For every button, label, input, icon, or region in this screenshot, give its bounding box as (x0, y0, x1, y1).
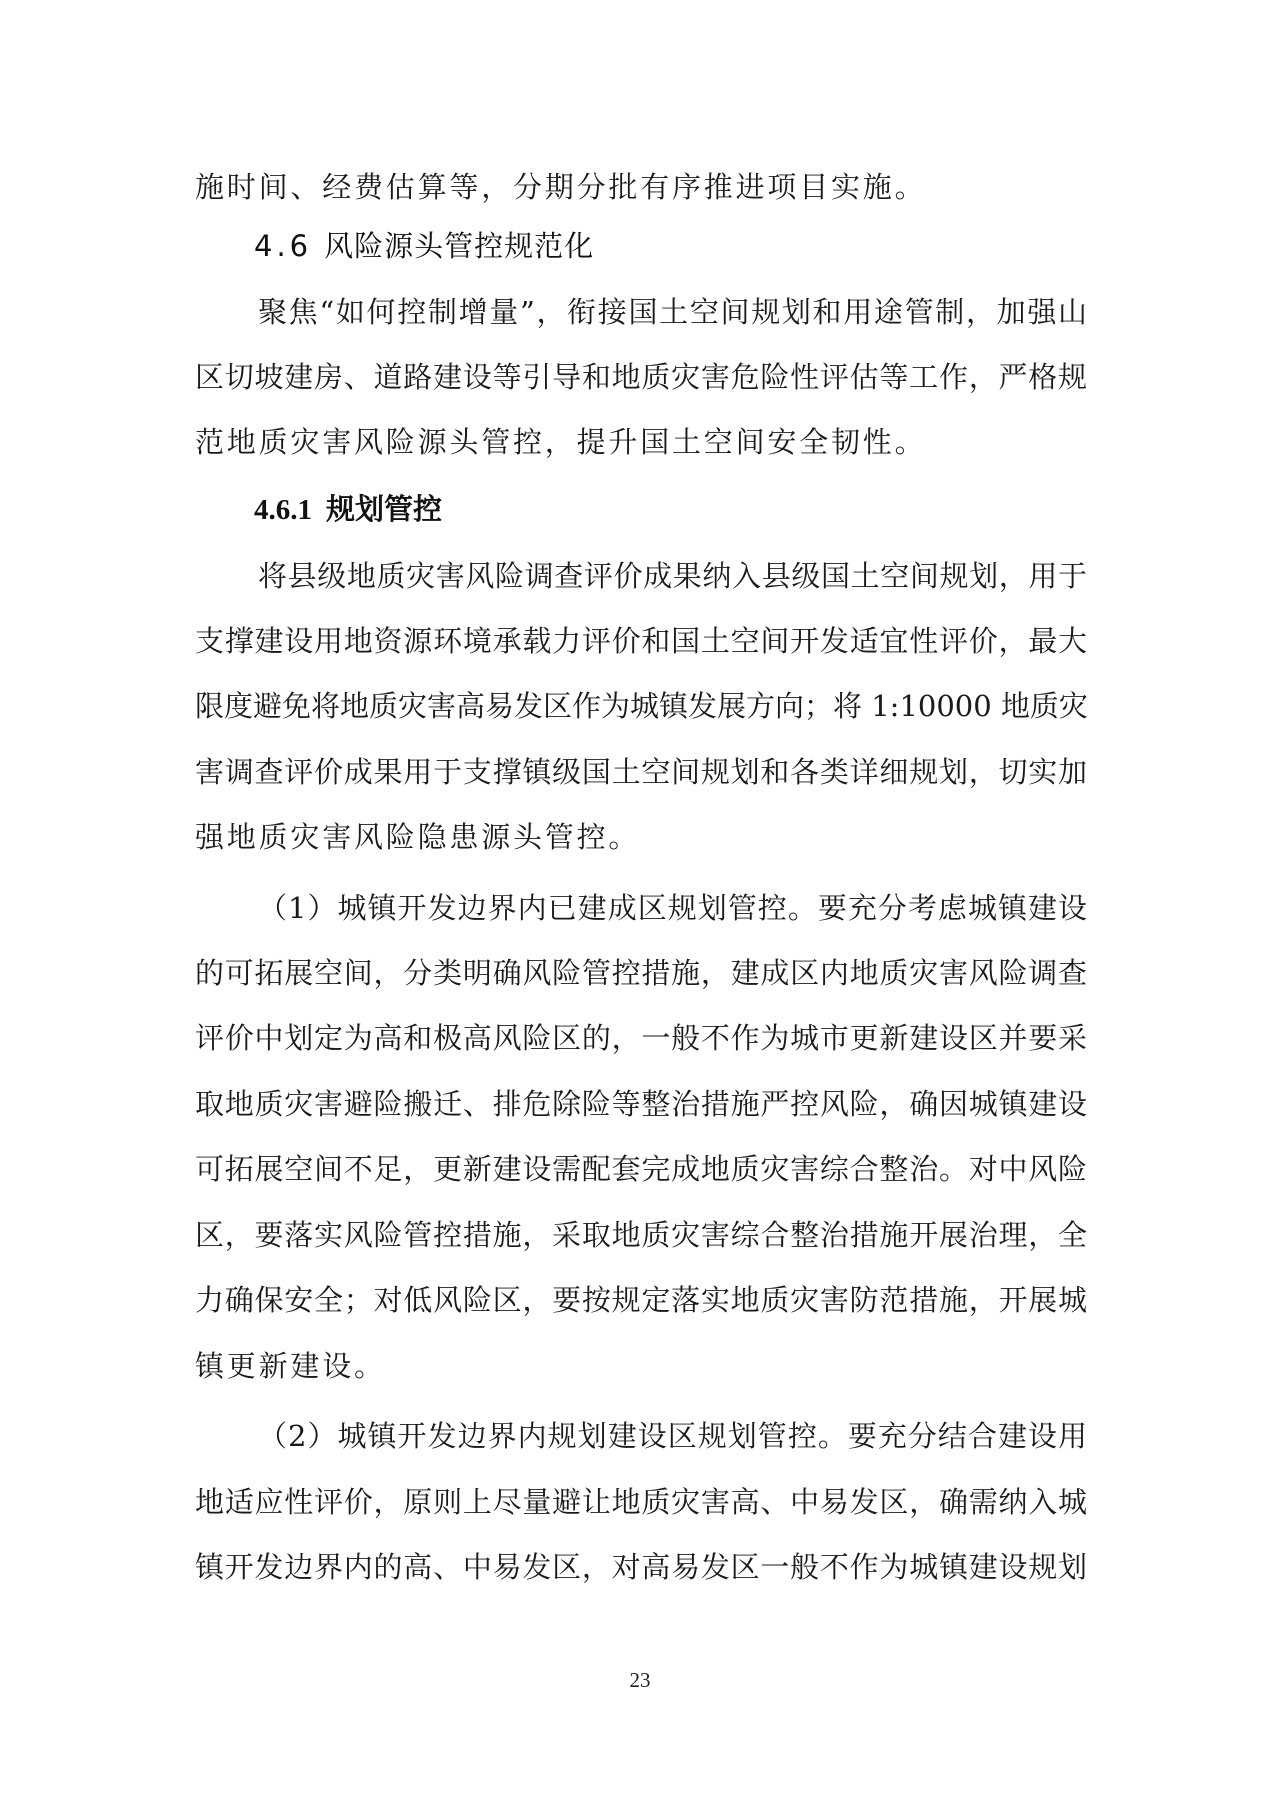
list-item-1-line: （1）城镇开发边界内已建成区规划管控。要充分考虑城镇建设 (258, 888, 1087, 928)
paragraph-line: 将县级地质灾害风险调查评价成果纳入县级国土空间规划，用于 (258, 556, 1087, 596)
list-item-2-line: （2）城镇开发边界内规划建设区规划管控。要充分结合建设用 (258, 1416, 1087, 1456)
list-item-2-line: 地适应性评价，原则上尽量避让地质灾害高、中易发区，确需纳入城 (195, 1482, 1087, 1522)
document-page: 施时间、经费估算等，分期分批有序推进项目实施。 4.6风险源头管控规范化 聚焦“… (0, 0, 1280, 1810)
section-number: 4.6 (254, 229, 312, 263)
paragraph-line: 支撑建设用地资源环境承载力评价和国土空间开发适宜性评价，最大 (195, 621, 1087, 661)
subsection-heading-4-6-1: 4.6.1规划管控 (254, 490, 442, 530)
list-item-1-line: 区，要落实风险管控措施，采取地质灾害综合整治措施开展治理，全 (195, 1215, 1087, 1255)
subsection-title: 规划管控 (326, 494, 442, 526)
paragraph-line: 害调查评价成果用于支撑镇级国土空间规划和各类详细规划，切实加 (195, 752, 1087, 792)
list-item-2-line: 镇开发边界内的高、中易发区，对高易发区一般不作为城镇建设规划 (195, 1547, 1087, 1587)
paragraph-line: 强地质灾害风险隐患源头管控。 (195, 817, 1087, 857)
list-item-1-line: 力确保安全；对低风险区，要按规定落实地质灾害防范措施，开展城 (195, 1280, 1087, 1320)
section-title: 风险源头管控规范化 (324, 229, 594, 263)
list-item-1-line: 可拓展空间不足，更新建设需配套完成地质灾害综合整治。对中风险 (195, 1149, 1087, 1189)
paragraph-line: 聚焦“如何控制增量”，衔接国土空间规划和用途管制，加强山 (258, 292, 1087, 332)
paragraph-line: 范地质灾害风险源头管控，提升国土空间安全韧性。 (195, 422, 1087, 462)
list-item-1-line: 的可拓展空间，分类明确风险管控措施，建成区内地质灾害风险调查 (195, 953, 1087, 993)
page-number: 23 (0, 1666, 1280, 1694)
paragraph-line: 区切坡建房、道路建设等引导和地质灾害危险性评估等工作，严格规 (195, 357, 1087, 397)
paragraph-line: 限度避免将地质灾害高易发区作为城镇发展方向；将 1:10000 地质灾 (195, 686, 1087, 726)
list-item-1-line: 评价中划定为高和极高风险区的，一般不作为城市更新建设区并要采 (195, 1018, 1087, 1058)
subsection-number: 4.6.1 (254, 494, 312, 526)
list-item-1-line: 取地质灾害避险搬迁、排危除险等整治措施严控风险，确因城镇建设 (195, 1084, 1087, 1124)
section-heading-4-6: 4.6风险源头管控规范化 (254, 226, 594, 266)
list-item-1-line: 镇更新建设。 (195, 1346, 1087, 1386)
paragraph-continuation-line: 施时间、经费估算等，分期分批有序推进项目实施。 (195, 167, 1087, 207)
